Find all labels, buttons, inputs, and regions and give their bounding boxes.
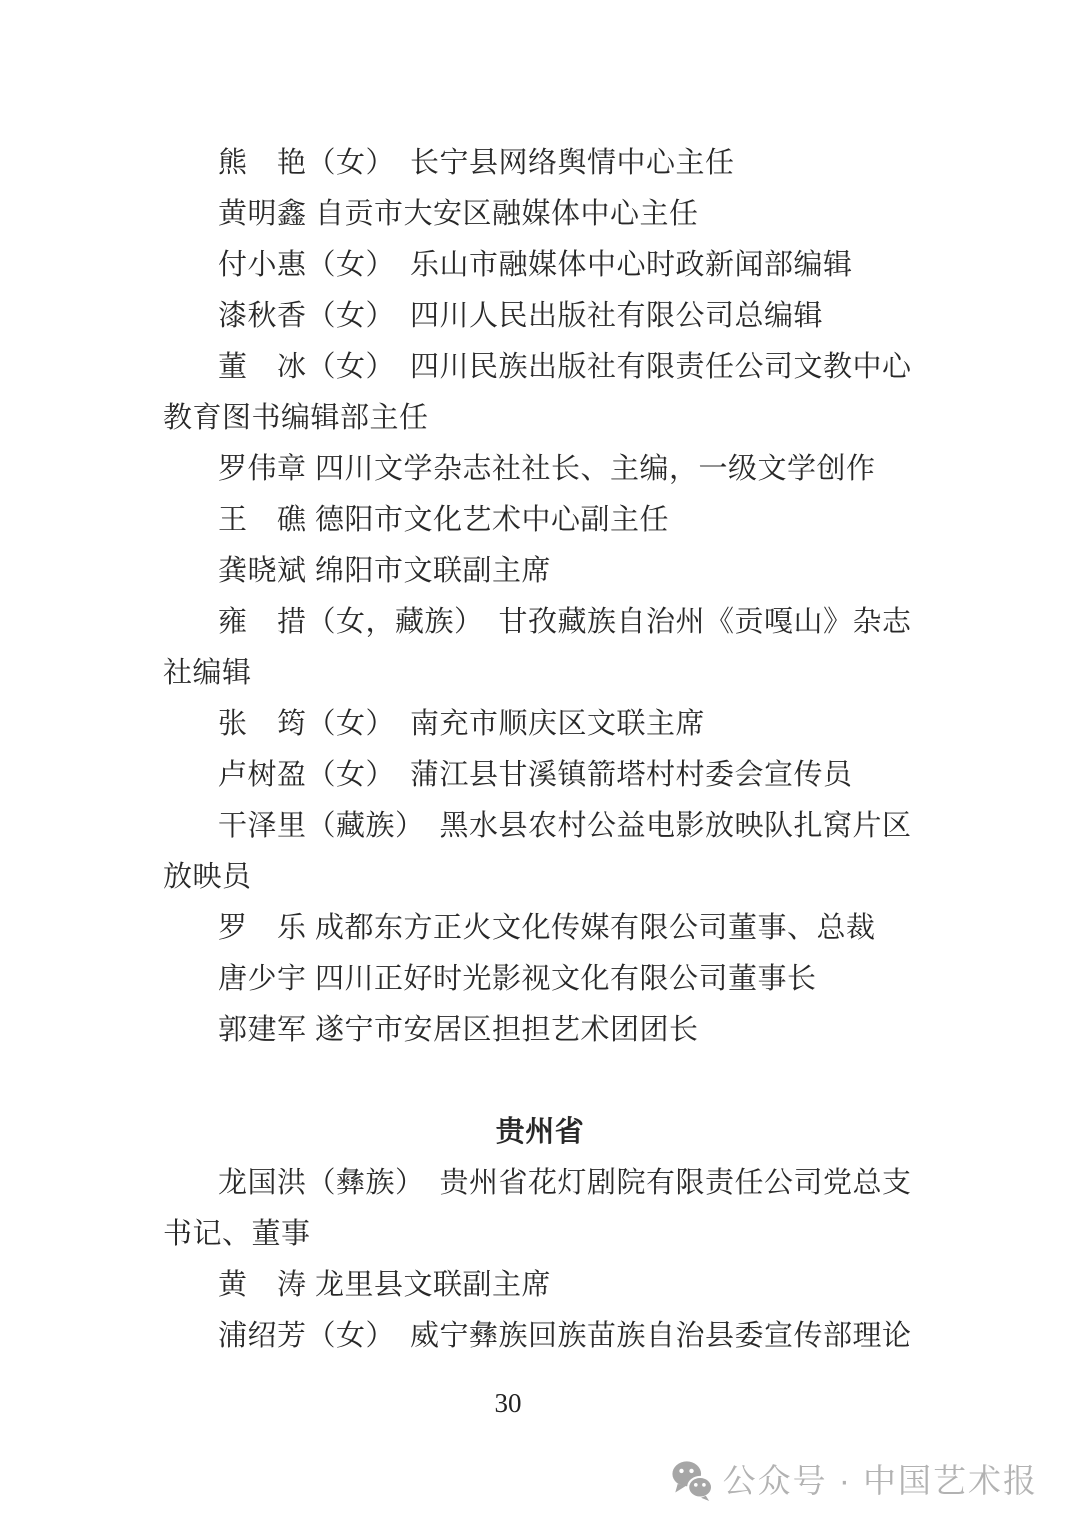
document-line — [163, 1056, 923, 1107]
document-line: 张 筠（女） 南充市顺庆区文联主席 — [163, 699, 923, 750]
document-line: 书记、董事 — [163, 1209, 923, 1260]
document-line: 黄明鑫 自贡市大安区融媒体中心主任 — [163, 189, 923, 240]
document-line: 浦绍芳（女） 威宁彝族回族苗族自治县委宣传部理论 — [163, 1311, 923, 1362]
document-line: 社编辑 — [163, 648, 923, 699]
watermark-label: 公众号 · 中国艺术报 — [723, 1458, 1038, 1504]
document-line: 放映员 — [163, 852, 923, 903]
document-line: 董 冰（女） 四川民族出版社有限责任公司文教中心 — [163, 342, 923, 393]
document-line: 唐少宇 四川正好时光影视文化有限公司董事长 — [163, 954, 923, 1005]
document-line: 付小惠（女） 乐山市融媒体中心时政新闻部编辑 — [163, 240, 923, 291]
document-line: 龚晓斌 绵阳市文联副主席 — [163, 546, 923, 597]
document-line: 龙国洪（彝族） 贵州省花灯剧院有限责任公司党总支 — [163, 1158, 923, 1209]
document-line: 漆秋香（女） 四川人民出版社有限公司总编辑 — [163, 291, 923, 342]
document-line: 教育图书编辑部主任 — [163, 393, 923, 444]
document-line: 干泽里（藏族） 黑水县农村公益电影放映队扎窝片区 — [163, 801, 923, 852]
document-line: 罗伟章 四川文学杂志社社长、主编，一级文学创作 — [163, 444, 923, 495]
document-line: 卢树盈（女） 蒲江县甘溪镇箭塔村村委会宣传员 — [163, 750, 923, 801]
document-page: 熊 艳（女） 长宁县网络舆情中心主任黄明鑫 自贡市大安区融媒体中心主任付小惠（女… — [0, 0, 1080, 1526]
document-line: 雍 措（女，藏族） 甘孜藏族自治州《贡嘎山》杂志 — [163, 597, 923, 648]
document-line: 罗 乐 成都东方正火文化传媒有限公司董事、总裁 — [163, 903, 923, 954]
document-line: 黄 涛 龙里县文联副主席 — [163, 1260, 923, 1311]
section-heading: 贵州省 — [0, 1107, 1080, 1158]
wechat-watermark: 公众号 · 中国艺术报 — [671, 1458, 1038, 1504]
page-number: 30 — [0, 1388, 1016, 1419]
document-line: 王 礁 德阳市文化艺术中心副主任 — [163, 495, 923, 546]
document-line: 熊 艳（女） 长宁县网络舆情中心主任 — [163, 138, 923, 189]
wechat-icon — [671, 1460, 713, 1502]
document-line: 郭建军 遂宁市安居区担担艺术团团长 — [163, 1005, 923, 1056]
